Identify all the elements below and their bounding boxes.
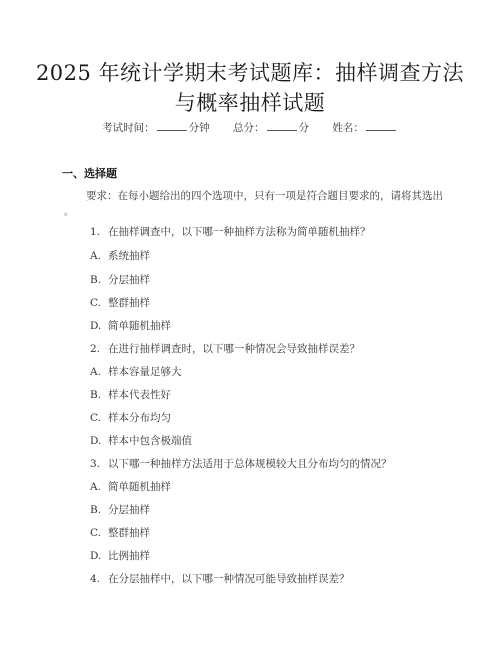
question-text: 在抽样调查中，以下哪一种抽样方法称为简单随机抽样？ [108,226,371,238]
question-2-option-c: C.样本分布均匀 [90,410,171,425]
exam-time-field: 考试时间：分钟 [102,122,213,134]
question-2-option-b: B.样本代表性好 [90,387,171,402]
option-letter: D. [90,550,108,562]
question-number: 3. [90,458,108,470]
option-text: 分层抽样 [108,504,150,516]
exam-info: 考试时间：分钟 总分：分 姓名： [0,120,500,135]
question-3-option-c: C.整群抽样 [90,525,150,540]
option-text: 比例抽样 [108,550,150,562]
question-3: 3.以下哪一种抽样方法适用于总体规模较大且分布均匀的情况？ [90,456,392,471]
option-letter: A. [90,250,108,262]
question-3-option-b: B.分层抽样 [90,502,150,517]
option-letter: D. [90,435,108,447]
option-text: 简单随机抽样 [108,481,171,493]
option-text: 简单随机抽样 [108,320,171,332]
question-2-option-a: A.样本容量足够大 [90,364,182,379]
question-4: 4.在分层抽样中，以下哪一种情况可能导致抽样误差？ [90,571,350,586]
question-3-option-a: A.简单随机抽样 [90,479,171,494]
total-score-blank [267,121,297,131]
section-requirement-tail: 。 [64,203,74,218]
exam-time-unit: 分钟 [189,122,210,134]
exam-time-label: 考试时间： [102,122,155,134]
total-score-label: 总分： [233,122,265,134]
option-text: 分层抽样 [108,274,150,286]
section-requirement: 要求：在每小题给出的四个选项中，只有一项是符合题目要求的，请将其选出 [86,188,486,203]
question-1-option-b: B.分层抽样 [90,272,150,287]
total-score-field: 总分：分 [233,122,312,134]
question-number: 1. [90,226,108,238]
question-2: 2.在进行抽样调查时，以下哪一种情况会导致抽样误差？ [90,341,360,356]
question-text: 以下哪一种抽样方法适用于总体规模较大且分布均匀的情况？ [108,458,392,470]
section-heading: 一、选择题 [62,165,117,181]
question-1-option-d: D.简单随机抽样 [90,318,171,333]
name-blank [366,121,396,131]
question-number: 4. [90,573,108,585]
document-title-line-2: 与概率抽样试题 [0,88,500,118]
option-text: 系统抽样 [108,250,150,262]
option-letter: A. [90,481,108,493]
option-text: 整群抽样 [108,297,150,309]
question-number: 2. [90,343,108,355]
option-text: 样本分布均匀 [108,412,171,424]
option-text: 样本容量足够大 [108,366,182,378]
exam-time-blank [157,121,187,131]
option-letter: C. [90,412,108,424]
option-letter: C. [90,297,108,309]
total-score-unit: 分 [299,122,310,134]
question-1-option-a: A.系统抽样 [90,248,150,263]
option-letter: B. [90,389,108,401]
question-1: 1.在抽样调查中，以下哪一种抽样方法称为简单随机抽样？ [90,224,371,239]
question-text: 在分层抽样中，以下哪一种情况可能导致抽样误差？ [108,573,350,585]
option-letter: D. [90,320,108,332]
document-title-line-1: 2025 年统计学期末考试题库：抽样调查方法 [0,58,500,88]
option-letter: A. [90,366,108,378]
question-1-option-c: C.整群抽样 [90,295,150,310]
option-text: 样本代表性好 [108,389,171,401]
option-letter: B. [90,274,108,286]
name-label: 姓名： [332,122,364,134]
option-letter: B. [90,504,108,516]
question-text: 在进行抽样调查时，以下哪一种情况会导致抽样误差？ [108,343,360,355]
option-text: 样本中包含极端值 [108,435,192,447]
option-letter: C. [90,527,108,539]
question-3-option-d: D.比例抽样 [90,548,150,563]
option-text: 整群抽样 [108,527,150,539]
name-field: 姓名： [332,122,398,134]
question-2-option-d: D.样本中包含极端值 [90,433,192,448]
